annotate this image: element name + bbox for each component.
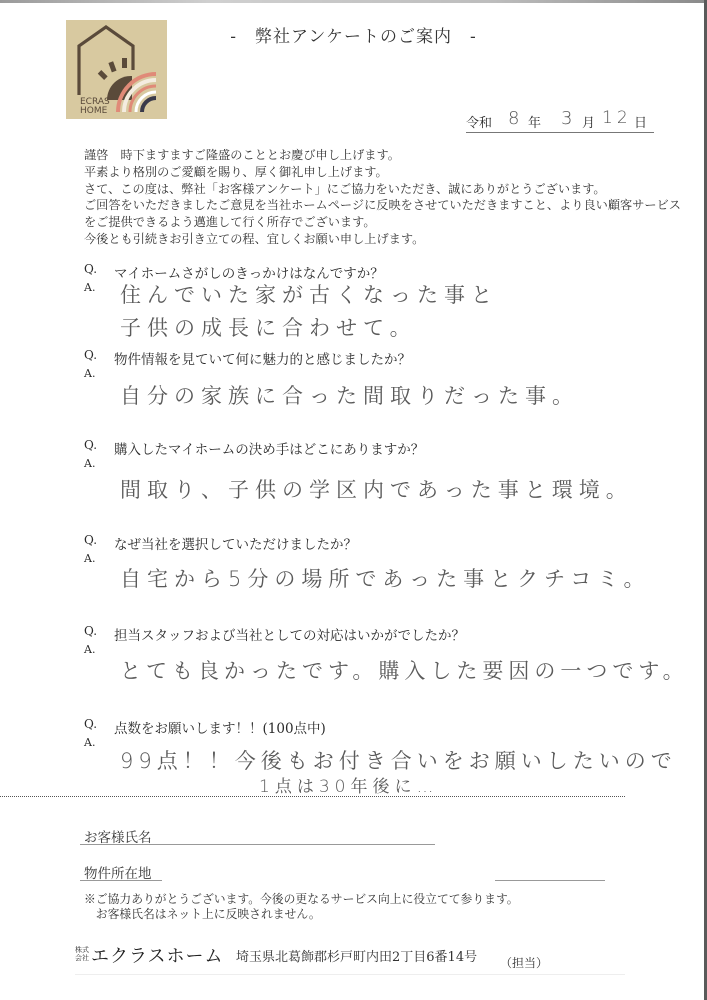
- answer-text[interactable]: 1点は30年後に…: [259, 772, 438, 797]
- title-text: 弊社アンケートのご案内: [255, 27, 452, 47]
- answer-text[interactable]: 自分の家族に合った間取りだった事。: [120, 380, 579, 410]
- answer-text[interactable]: 子供の成長に合わせて。: [120, 312, 417, 342]
- qa-item-2: Q.物件情報を見ていて何に魅力的と感じましたか？ A. 自分の家族に合った間取り…: [84, 348, 694, 380]
- answer-text[interactable]: とても良かったです。購入した要因の一つです。: [120, 655, 689, 685]
- qa-item-5: Q.担当スタッフおよび当社としての対応はいかがでしたか？ A. とても良かったで…: [84, 624, 694, 656]
- question-text: 購入したマイホームの決め手はどこにありますか？: [114, 438, 424, 458]
- question-text: 物件情報を見ていて何に魅力的と感じましたか？: [114, 348, 411, 368]
- date-month[interactable]: 3: [561, 108, 572, 129]
- answer-text[interactable]: 自宅から5分の場所であった事とクチコミ。: [120, 563, 650, 593]
- property-location-label: 物件所在地: [84, 862, 152, 882]
- property-location-field[interactable]: [80, 880, 162, 881]
- answer-text[interactable]: 間取り、子供の学区内であった事と環境。: [120, 474, 633, 504]
- svg-text:HOME: HOME: [80, 106, 108, 116]
- qa-item-1: Q.マイホームさがしのきっかけはなんですか？ A. 住んでいた家が古くなった事と…: [84, 262, 694, 294]
- company-address: 埼玉県北葛飾郡杉戸町内田2丁目6番14号: [236, 946, 477, 965]
- qa-item-4: Q.なぜ当社を選択していただけましたか？ A. 自宅から5分の場所であった事とク…: [84, 533, 694, 565]
- intro-letter: 謹啓 時下ますますご隆盛のこととお慶び申し上げます。 平素より格別のご愛顧を賜り…: [84, 147, 681, 248]
- qa-item-3: Q.購入したマイホームの決め手はどこにありますか？ A. 間取り、子供の学区内で…: [84, 438, 694, 470]
- footnote: ※ご協力ありがとうございます。今後の更なるサービス向上に役立てて参ります。 お客…: [84, 892, 519, 922]
- page-title: -弊社アンケートのご案内-: [0, 22, 707, 47]
- corp-type: 株式会社: [75, 946, 89, 962]
- property-location-field-end: [495, 880, 605, 881]
- dotted-divider: [0, 796, 625, 797]
- customer-name-field[interactable]: [80, 844, 435, 845]
- customer-name-label: お客様氏名: [84, 826, 152, 846]
- date-field: 令和 8 年 3 月 12 日: [466, 108, 654, 133]
- question-text: 点数をお願いします！！(100点中): [114, 717, 326, 737]
- question-text: なぜ当社を選択していただけましたか？: [114, 533, 357, 553]
- company-footer: 株式会社 エクラスホーム 埼玉県北葛飾郡杉戸町内田2丁目6番14号 （担当）: [75, 940, 625, 975]
- date-day[interactable]: 12: [602, 108, 632, 128]
- scan-edge-top: [0, 0, 707, 3]
- date-era: 令和: [466, 112, 492, 131]
- qa-item-6: Q.点数をお願いします！！(100点中) A. 99点！！今後もお付き合いをお願…: [84, 717, 694, 749]
- answer-text[interactable]: 住んでいた家が古くなった事と: [120, 279, 498, 309]
- answer-text[interactable]: 99点！！今後もお付き合いをお願いしたいので: [120, 745, 677, 775]
- question-text: 担当スタッフおよび当社としての対応はいかがでしたか？: [114, 624, 465, 644]
- company-name: エクラスホーム: [91, 942, 223, 968]
- date-year[interactable]: 8: [508, 108, 519, 129]
- staff-label: （担当）: [500, 954, 548, 971]
